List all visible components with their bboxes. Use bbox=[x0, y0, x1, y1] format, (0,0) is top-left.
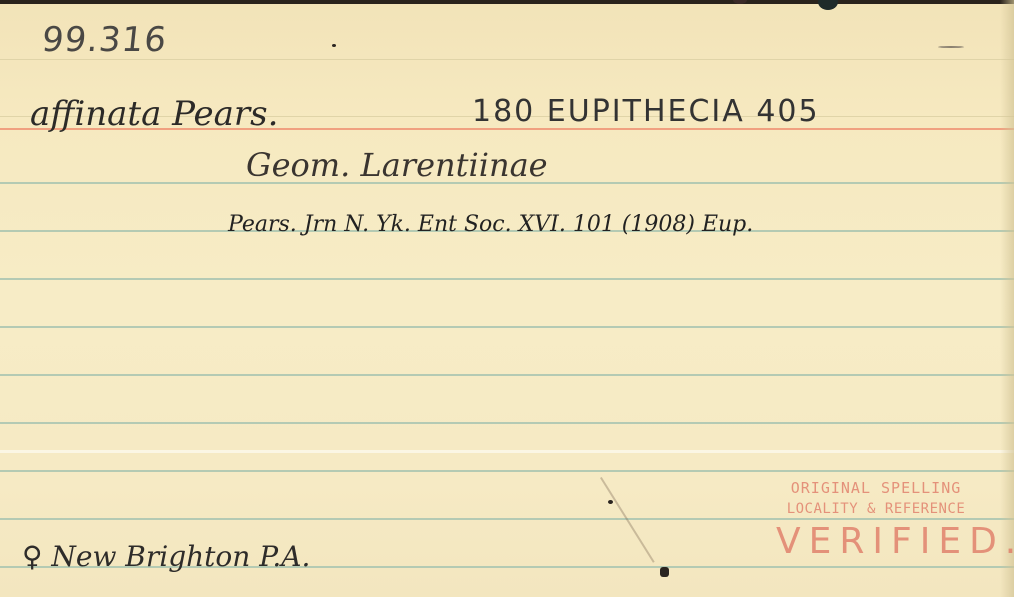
blue-rule bbox=[0, 374, 1014, 376]
genus-code: 180 EUPITHECIA 405 bbox=[472, 94, 820, 129]
species-name: affinata Pears. bbox=[30, 94, 278, 134]
blue-rule bbox=[0, 470, 1014, 472]
blue-rule bbox=[0, 326, 1014, 328]
index-card: 99.316 affinata Pears. 180 EUPITHECIA 40… bbox=[0, 0, 1014, 597]
card-top-edge bbox=[0, 0, 1014, 4]
blue-rule bbox=[0, 422, 1014, 424]
registration-number: 99.316 bbox=[40, 20, 169, 60]
ink-speck bbox=[332, 44, 336, 47]
literature-reference: Pears. Jrn N. Yk. Ent Soc. XVI. 101 (190… bbox=[228, 212, 753, 237]
pencil-mark bbox=[938, 46, 964, 48]
punch-hole bbox=[818, 0, 838, 10]
ink-speck bbox=[608, 500, 613, 504]
locality: ♀ New Brighton P.A. bbox=[22, 540, 310, 573]
ink-blot bbox=[660, 567, 669, 577]
stamp-line-1: ORIGINAL SPELLING bbox=[776, 478, 976, 498]
subfamily: Geom. Larentiinae bbox=[246, 146, 548, 184]
verification-stamp: ORIGINAL SPELLING LOCALITY & REFERENCE V… bbox=[776, 478, 976, 564]
blue-rule bbox=[0, 278, 1014, 280]
stamp-line-2: LOCALITY & REFERENCE bbox=[776, 498, 976, 520]
card-edge-shadow bbox=[1000, 0, 1014, 597]
paper-crease bbox=[0, 450, 1014, 453]
stamp-line-3: VERIFIED. bbox=[776, 520, 976, 564]
